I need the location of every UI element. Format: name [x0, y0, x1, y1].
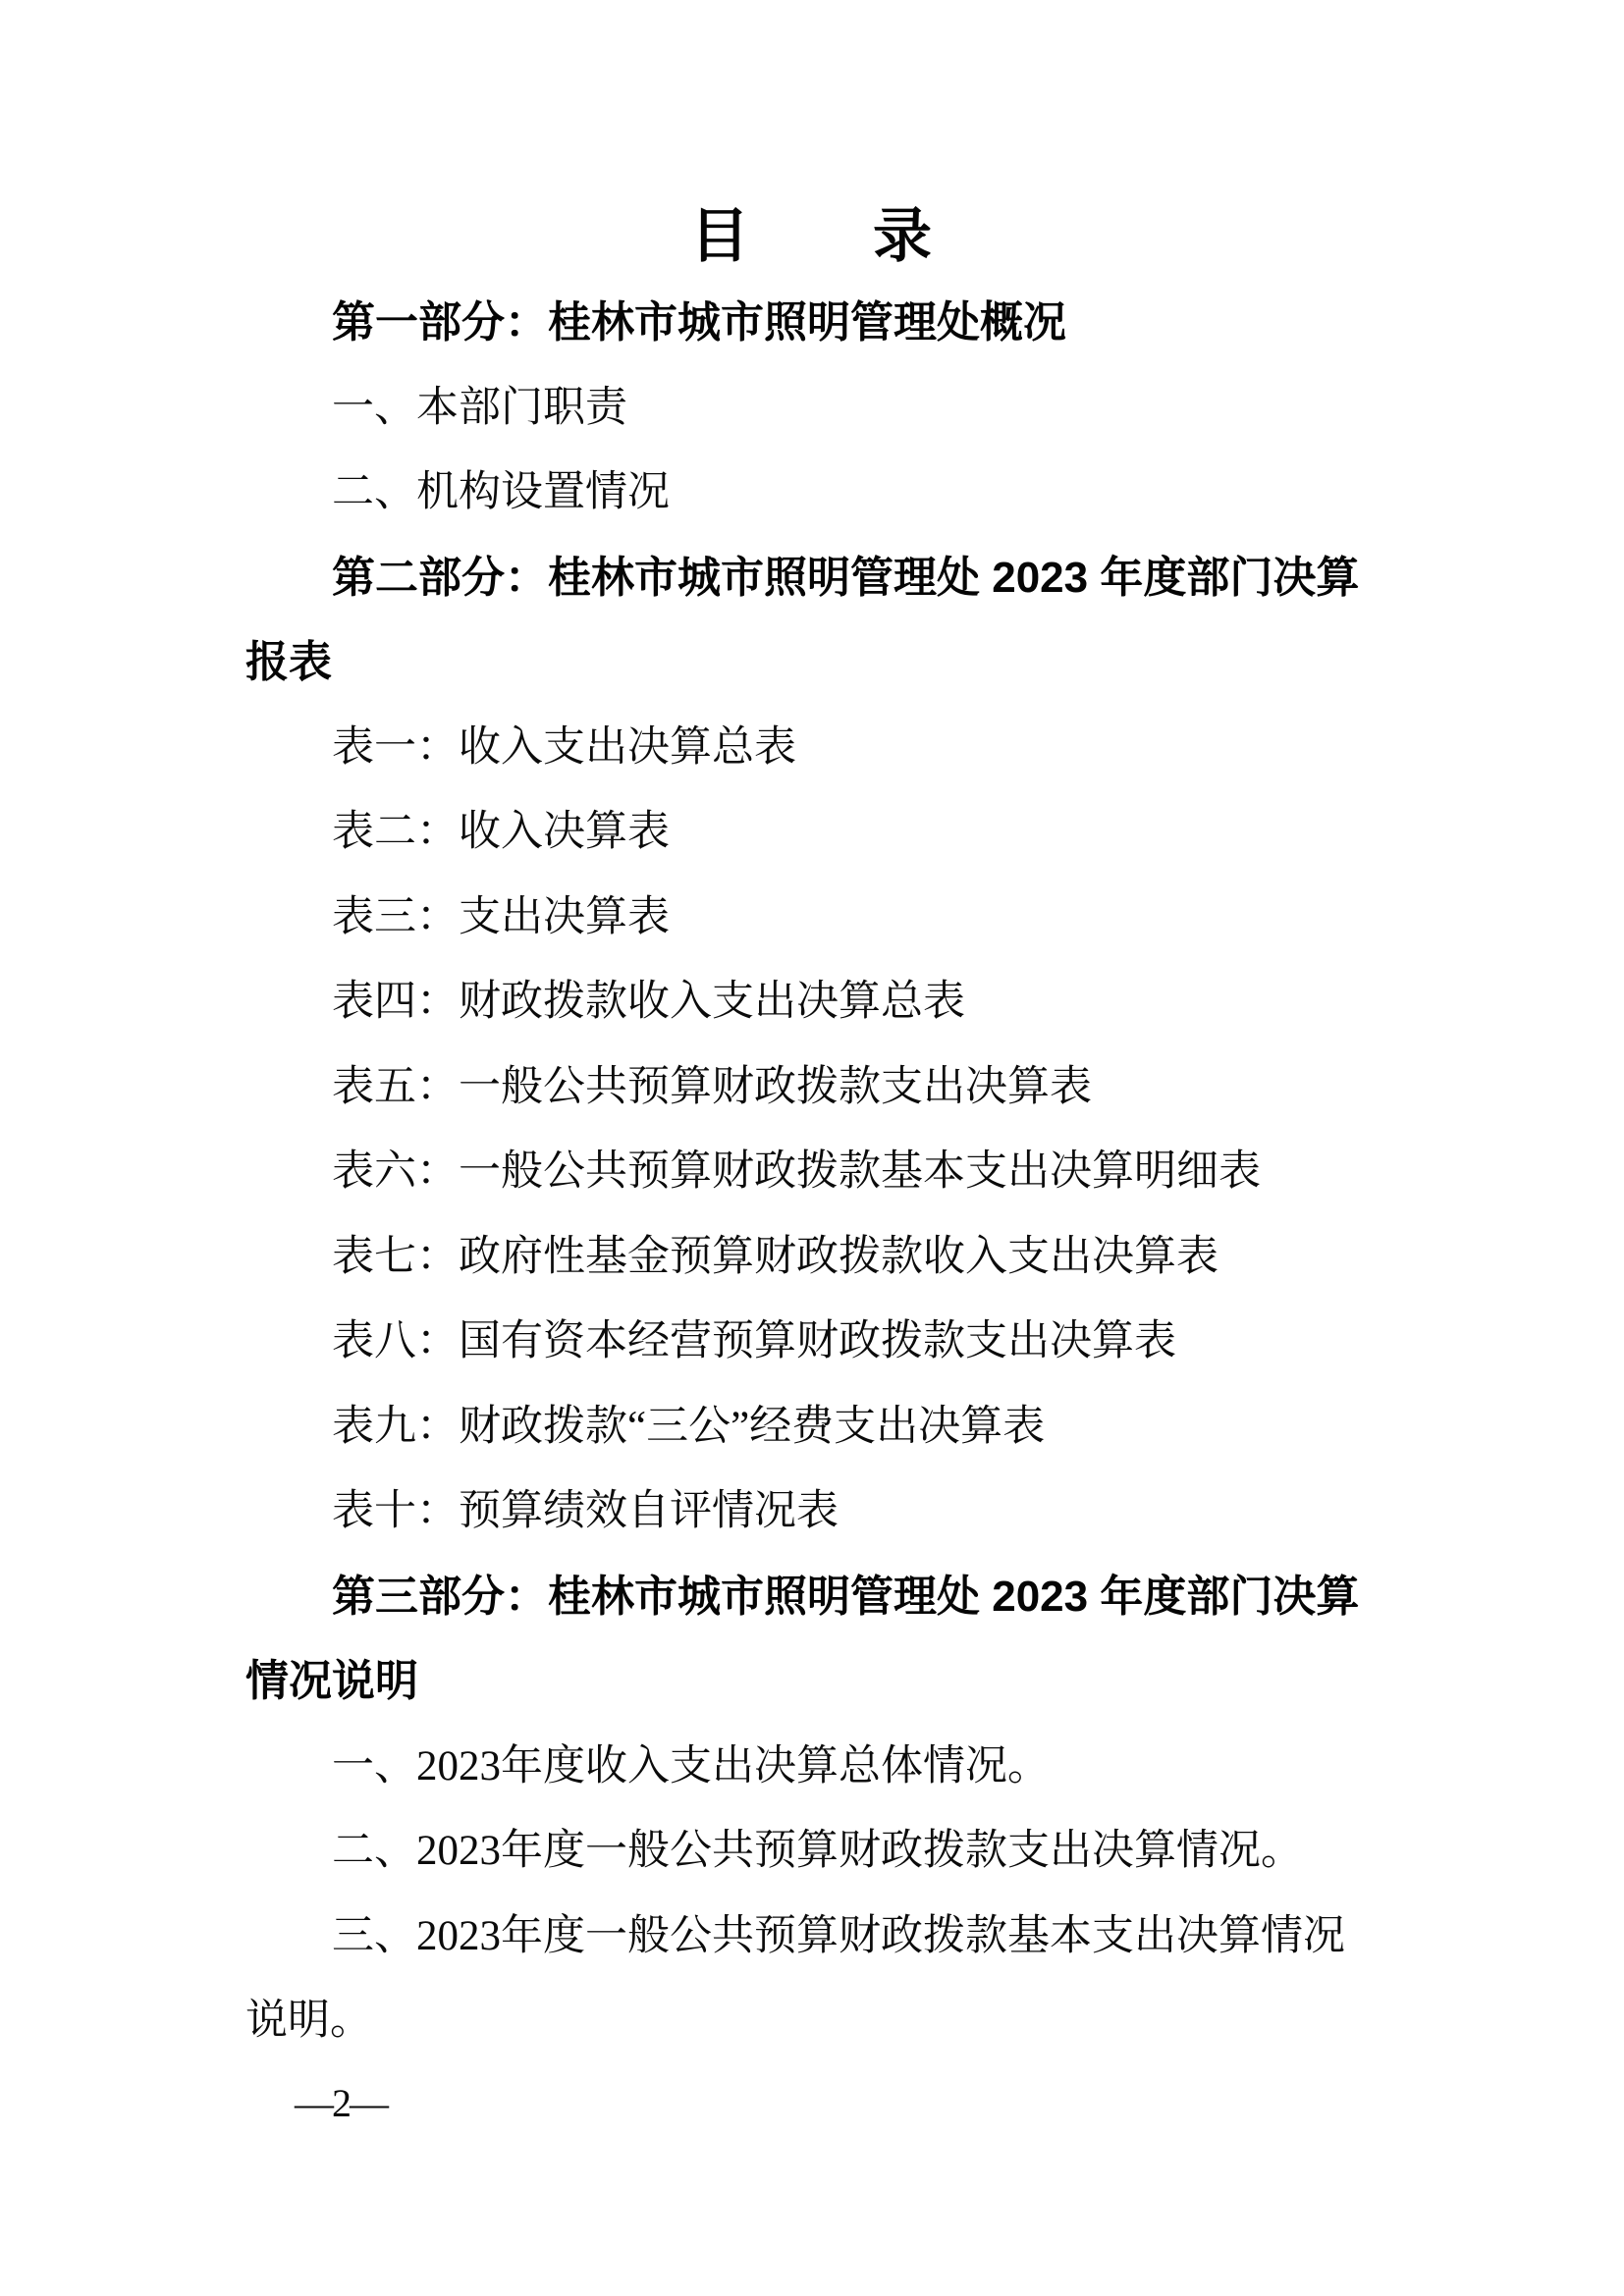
toc-part3-heading-cont: 情况说明 [245, 1639, 1379, 1725]
toc-item-note-2: 二、2023年度一般公共预算财政拨款支出决算情况。 [245, 1809, 1379, 1895]
toc-item-org-structure: 二、机构设置情况 [245, 451, 1379, 536]
toc-item-table-4: 表四：财政拨款收入支出决算总表 [245, 960, 1379, 1045]
toc-part2-heading: 第二部分：桂林市城市照明管理处 2023 年度部门决算 [245, 536, 1379, 621]
page-number: —2— [295, 2081, 387, 2126]
toc-item-table-8: 表八：国有资本经营预算财政拨款支出决算表 [245, 1300, 1379, 1385]
toc-item-department-duties: 一、本部门职责 [245, 366, 1379, 452]
toc-item-note-3: 三、2023年度一般公共预算财政拨款基本支出决算情况 [245, 1895, 1379, 1980]
toc-item-table-1: 表一：收入支出决算总表 [245, 706, 1379, 791]
document-page: 目 录 第一部分：桂林市城市照明管理处概况 一、本部门职责 二、机构设置情况 第… [0, 0, 1624, 2296]
toc-item-table-6: 表六：一般公共预算财政拨款基本支出决算明细表 [245, 1130, 1379, 1215]
toc-item-table-3: 表三：支出决算表 [245, 876, 1379, 961]
page-title: 目 录 [245, 192, 1379, 281]
toc-item-table-5: 表五：一般公共预算财政拨款支出决算表 [245, 1045, 1379, 1131]
toc-item-table-10: 表十：预算绩效自评情况表 [245, 1469, 1379, 1555]
toc-item-table-7: 表七：政府性基金预算财政拨款收入支出决算表 [245, 1215, 1379, 1301]
toc-item-note-1: 一、2023年度收入支出决算总体情况。 [245, 1725, 1379, 1810]
toc-part3-heading: 第三部分：桂林市城市照明管理处 2023 年度部门决算 [245, 1555, 1379, 1640]
toc-content: 目 录 第一部分：桂林市城市照明管理处概况 一、本部门职责 二、机构设置情况 第… [245, 192, 1379, 2064]
toc-part1-heading: 第一部分：桂林市城市照明管理处概况 [245, 281, 1379, 366]
toc-item-table-9: 表九：财政拨款“三公”经费支出决算表 [245, 1385, 1379, 1470]
toc-item-table-2: 表二：收入决算表 [245, 790, 1379, 876]
toc-part2-heading-cont: 报表 [245, 620, 1379, 706]
toc-item-note-3-cont: 说明。 [245, 1979, 1379, 2064]
